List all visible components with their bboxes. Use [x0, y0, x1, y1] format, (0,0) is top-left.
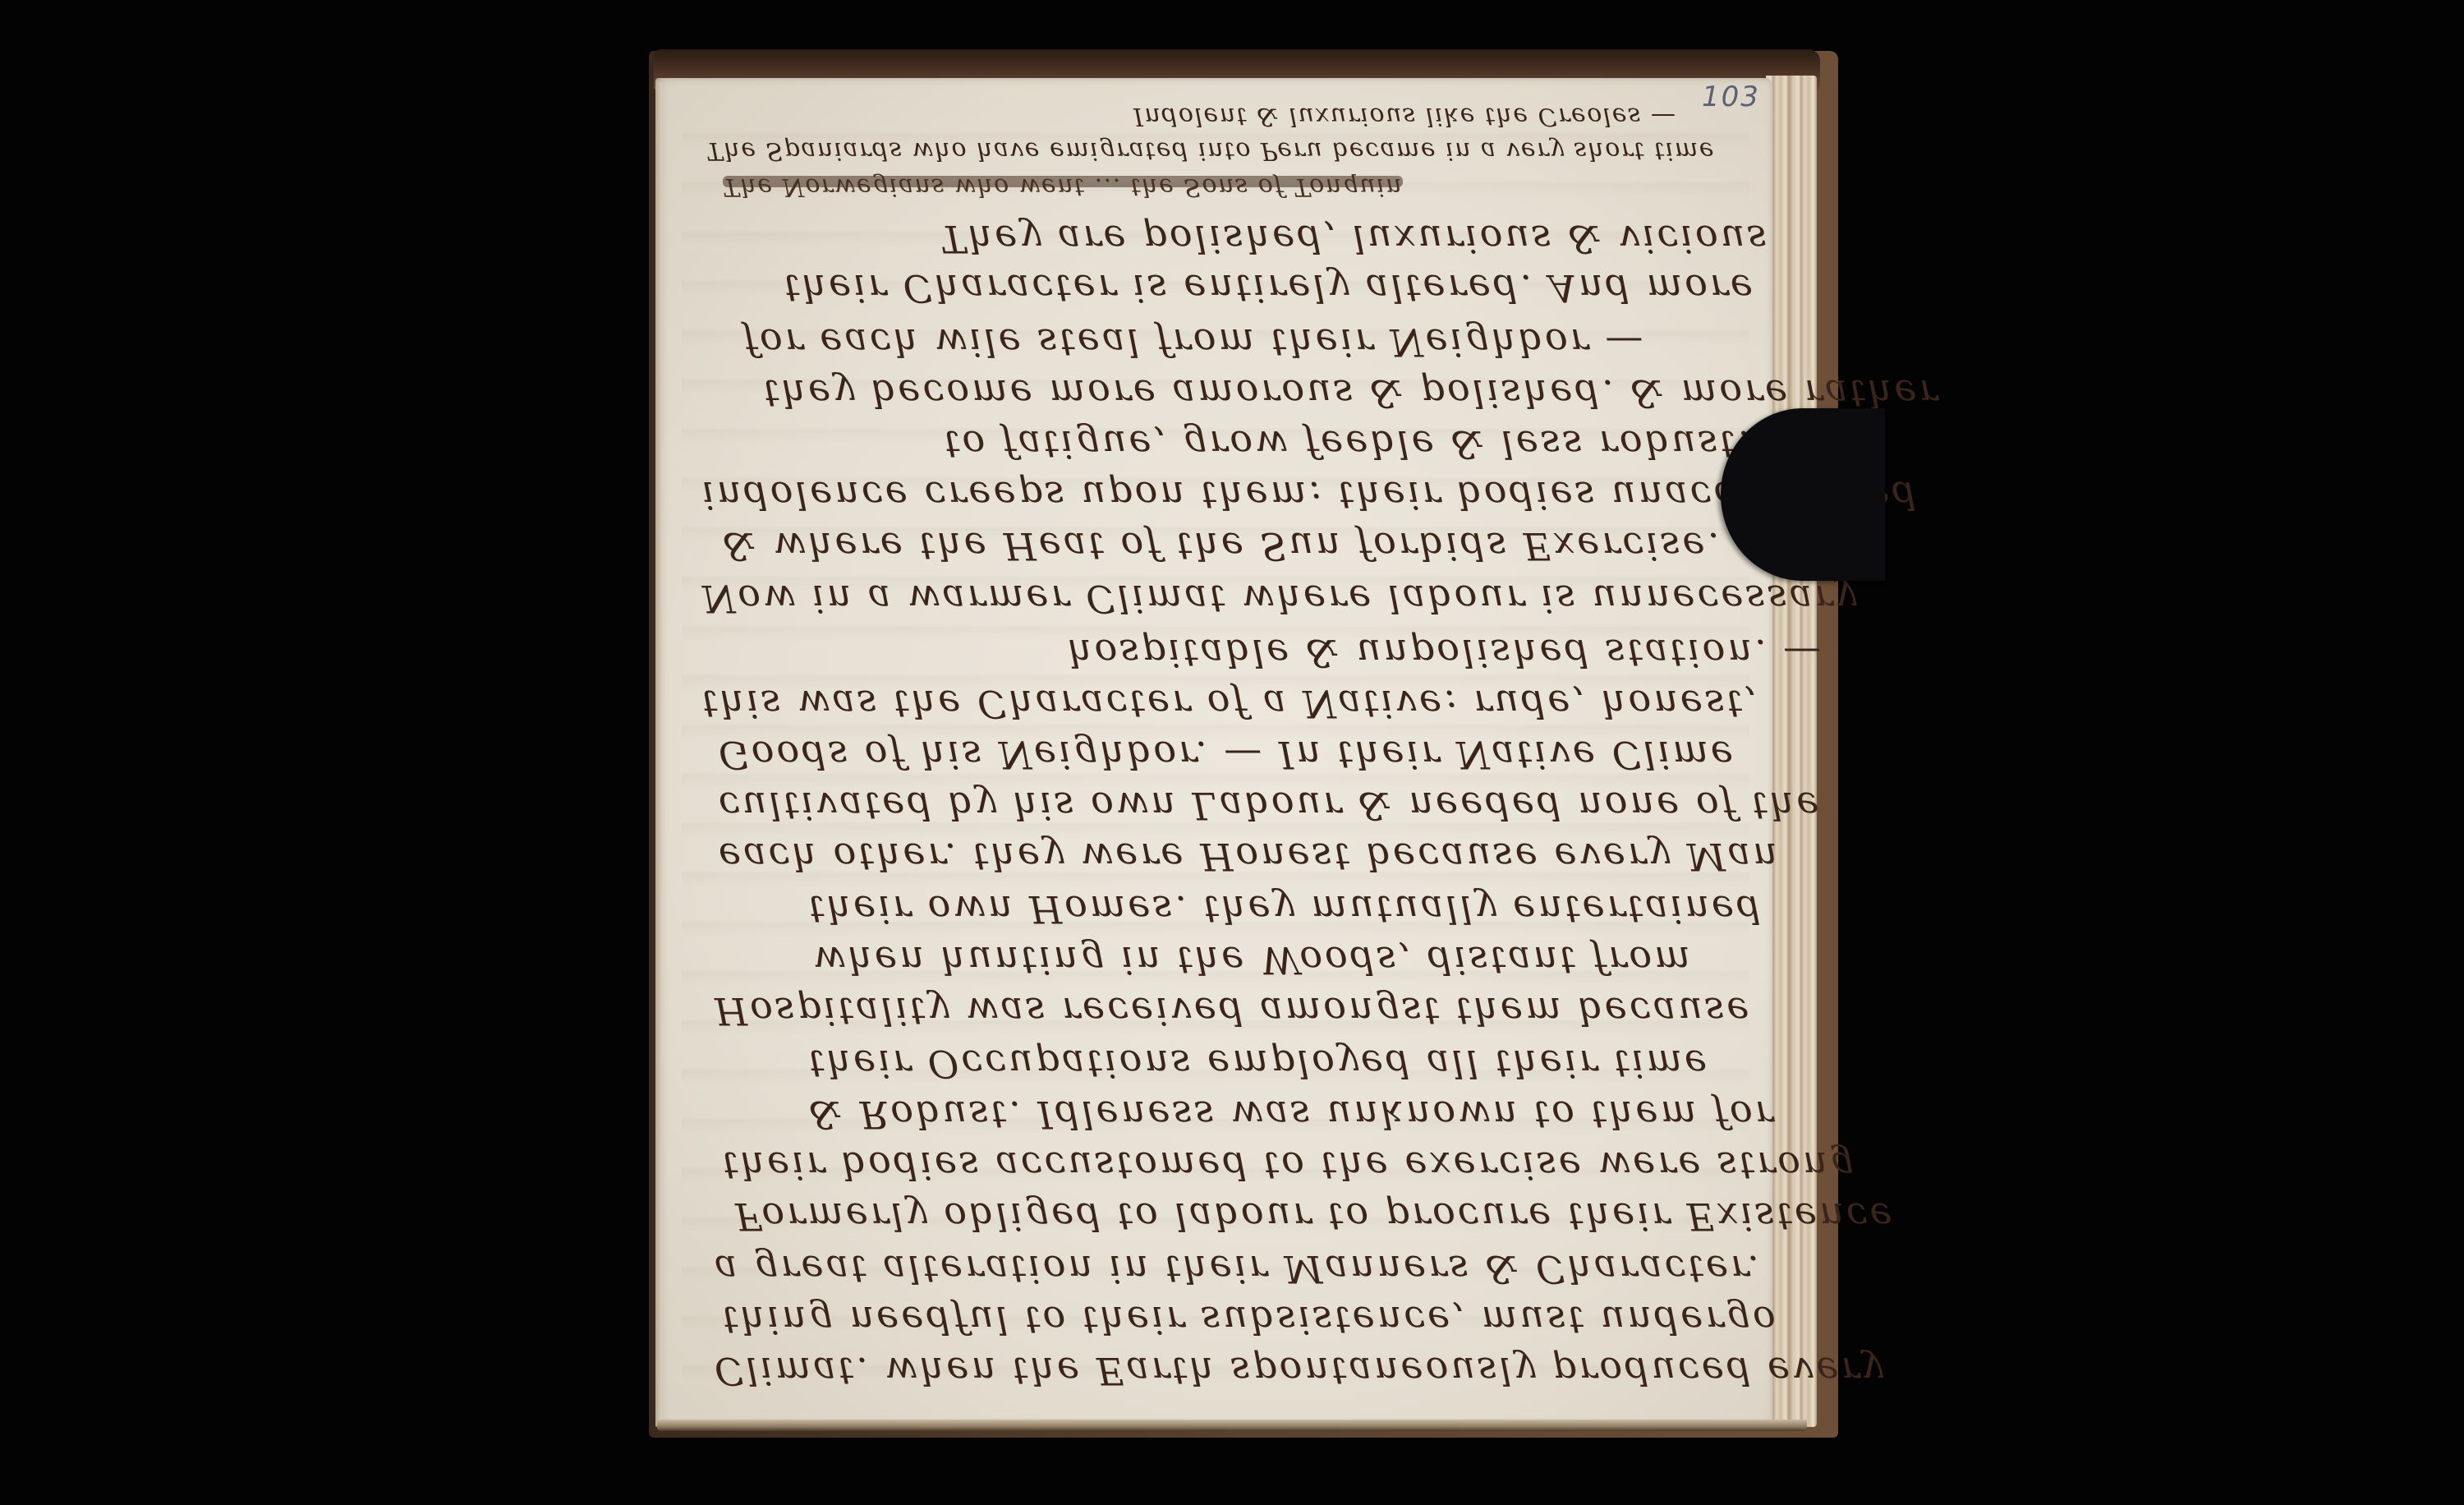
- manuscript-line: this was the Character of a Native: rude…: [702, 685, 1759, 723]
- manuscript-line: to fatigue, grow feeble & less robust. —: [945, 426, 1807, 463]
- manuscript-line: & where the Heat of the Sun forbids Exer…: [723, 527, 1777, 565]
- manuscript-line: The Spaniards who have emigrated into Pe…: [706, 138, 1715, 163]
- bookmark-tab: [1721, 408, 1885, 581]
- page-bottom-edge: [657, 1420, 1807, 1431]
- manuscript-line: their Occupations employed all their tim…: [809, 1045, 1709, 1083]
- manuscript-line: their bodies accustomed to the exercise …: [723, 1147, 1856, 1185]
- manuscript-line: their Character is entirely altered. And…: [784, 269, 1755, 307]
- manuscript-line: The Norwegians who went ... the Sons of …: [723, 174, 1403, 199]
- manuscript-line: They are polished, luxurious & vicious: [940, 220, 1769, 258]
- manuscript-line: when hunting in the Woods, distant from: [813, 941, 1693, 979]
- image-viewer: 103 Indolent & luxurious like the Creole…: [0, 0, 2464, 1505]
- manuscript-line: Indolent & luxurious like the Creoles —: [1133, 104, 1677, 128]
- manuscript-line: hospitable & unpolished station. —: [1068, 634, 1823, 672]
- manuscript-line: for each wile steal from their Neighbor …: [743, 324, 1645, 361]
- strikethrough-mark: [723, 176, 1403, 187]
- manuscript-line: thing needful to their subsistence, must…: [723, 1301, 1778, 1339]
- manuscript-line: Hospitality was received amongst them be…: [715, 992, 1752, 1030]
- page-gutter-edge: [655, 82, 662, 1425]
- manuscript-line: & Robust. Idleness was unknown to them f…: [809, 1096, 1776, 1134]
- page-number: 103: [1702, 81, 1760, 113]
- manuscript-line: their own Homes. they mutually entertain…: [809, 891, 1763, 928]
- manuscript-line: Formerly obliged to labour to procure th…: [735, 1198, 1895, 1236]
- manuscript-line: they become more amorous & polished. & m…: [764, 375, 1940, 412]
- manuscript-line: Climat. when the Earth spontaneously pro…: [715, 1352, 1886, 1390]
- manuscript-line: each other. they were Honest because eve…: [719, 838, 1780, 876]
- manuscript-line: Goods of his Neighbor. — In their Native…: [719, 736, 1735, 774]
- manuscript-line: Now in a warmer Climat where labour is u…: [702, 580, 1859, 618]
- manuscript-line: a great alteration in their Manners & Ch…: [715, 1250, 1762, 1288]
- manuscript-line: cultivated by his own Labour & needed no…: [719, 787, 1822, 825]
